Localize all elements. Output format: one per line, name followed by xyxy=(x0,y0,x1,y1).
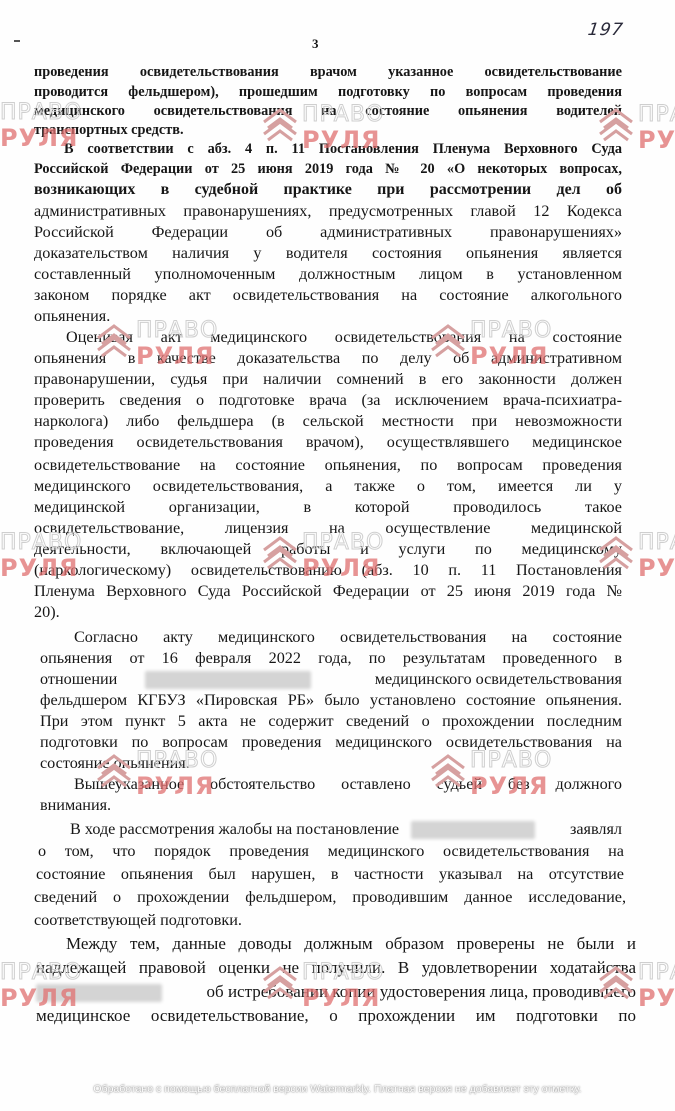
paragraph-7-line: Между тем, данные доводы должным образом… xyxy=(66,934,636,954)
paragraph-4-line: фельдшером КГБУЗ «Пировская РБ» было уст… xyxy=(40,690,622,710)
redacted-name xyxy=(411,821,535,839)
paragraph-3-line: Оценивая акт медицинского освидетельство… xyxy=(66,327,622,347)
paragraph-2-line: возникающих в судебной практике при расс… xyxy=(34,180,622,200)
paragraph-6-line: соответствующей подготовки. xyxy=(34,910,626,930)
text-segment: заявлял xyxy=(570,819,622,839)
paragraph-3-line: (наркологическому) освидетельствованию (… xyxy=(34,560,622,580)
paragraph-7-line: медицинское освидетельствование, о прохо… xyxy=(36,1006,636,1026)
document-page: 197 3 проведения освидетельствования вра… xyxy=(0,0,675,1111)
text-segment: В ходе рассмотрения жалобы на постановле… xyxy=(70,820,399,838)
paragraph-1-line: проведения освидетельствования врачом ук… xyxy=(34,62,622,82)
page-number: 3 xyxy=(312,36,319,52)
paragraph-4-line: подготовки по вопросам проведения медици… xyxy=(40,732,622,752)
paragraph-3-line: освидетельствование на состояние опьянен… xyxy=(34,455,622,475)
paragraph-4-line: Согласно акту медицинского освидетельств… xyxy=(74,627,622,647)
paragraph-4-line: опьянения от 16 февраля 2022 года, по ре… xyxy=(40,648,622,668)
paragraph-5-line: Вышеуказанное обстоятельство оставлено с… xyxy=(74,774,622,794)
paragraph-3-line: правонарушении, судья при наличии сомнен… xyxy=(34,369,622,389)
paragraph-3-line: медицинской организации, в которой прово… xyxy=(34,497,622,517)
paragraph-1-line: медицинского освидетельствования на сост… xyxy=(34,101,622,121)
paragraph-1-line: транспортных средств. xyxy=(34,120,622,140)
paragraph-2-line: опьянения. xyxy=(34,306,622,326)
paragraph-2-line: Российской Федерации от 25 июня 2019 год… xyxy=(34,159,622,179)
paragraph-3-line: освидетельствование, лицензия на осущест… xyxy=(34,518,622,538)
paragraph-2-line: административных правонарушениях, предус… xyxy=(34,201,622,221)
paragraph-7-line: надлежащей правовой оценки не получили. … xyxy=(36,958,636,978)
paragraph-6-line: о том, что порядок проведения медицинско… xyxy=(38,841,624,861)
margin-mark xyxy=(14,40,20,42)
redacted-name xyxy=(36,984,162,1002)
paragraph-6-line: состояние опьянения был нарушен, в частн… xyxy=(36,864,624,884)
paragraph-2-line: составленный уполномоченным должностным … xyxy=(34,264,622,284)
paragraph-3-line: нарколога) либо фельдшера (в сельской ме… xyxy=(34,411,622,431)
paragraph-3-line: проверить сведения о подготовке врача (з… xyxy=(34,390,622,410)
paragraph-4-line: состояние опьянения. xyxy=(40,753,622,773)
paragraph-3-line: 20). xyxy=(34,602,622,622)
handwritten-page-number: 197 xyxy=(587,20,625,40)
paragraph-1-line: проводится фельдшером), прошедшим подгот… xyxy=(34,82,622,102)
paragraph-2-line: В соответствии с абз. 4 п. 11 Постановле… xyxy=(64,139,622,159)
watermark-tool-notice: Обработано с помощью бесплатной версии W… xyxy=(0,1083,675,1095)
paragraph-5-line: внимания. xyxy=(40,795,622,815)
text-segment: отношении xyxy=(40,670,117,688)
paragraph-3-line: медицинского освидетельствования, а такж… xyxy=(34,476,622,496)
paragraph-7-line: об истребовании копии удостоверения лица… xyxy=(36,982,636,1002)
paragraph-2-line: законом порядке акт освидетельствования … xyxy=(34,285,622,305)
paragraph-3-line: Пленума Верховного Суда Российской Федер… xyxy=(34,581,622,601)
paragraph-4-line: При этом пункт 5 акта не содержит сведен… xyxy=(40,711,622,731)
text-segment: медицинского освидетельствования xyxy=(375,669,622,689)
paragraph-4-line: отношении медицинского освидетельствован… xyxy=(40,669,622,689)
text-segment: об истребовании копии удостоверения лица… xyxy=(207,982,636,1002)
paragraph-3-line: деятельности, включающей работы и услуги… xyxy=(34,539,622,559)
paragraph-2-line: доказательством наличия у водителя состо… xyxy=(34,243,622,263)
paragraph-6-line: сведений о прохождении фельдшером, прово… xyxy=(34,887,626,907)
redacted-name xyxy=(145,671,311,689)
paragraph-2-line: Российской Федерации об административных… xyxy=(34,222,622,242)
paragraph-3-line: проведения освидетельствования врачом), … xyxy=(34,432,622,452)
paragraph-6-line: В ходе рассмотрения жалобы на постановле… xyxy=(70,819,622,839)
paragraph-3-line: опьянения в качестве доказательства по д… xyxy=(34,348,622,368)
